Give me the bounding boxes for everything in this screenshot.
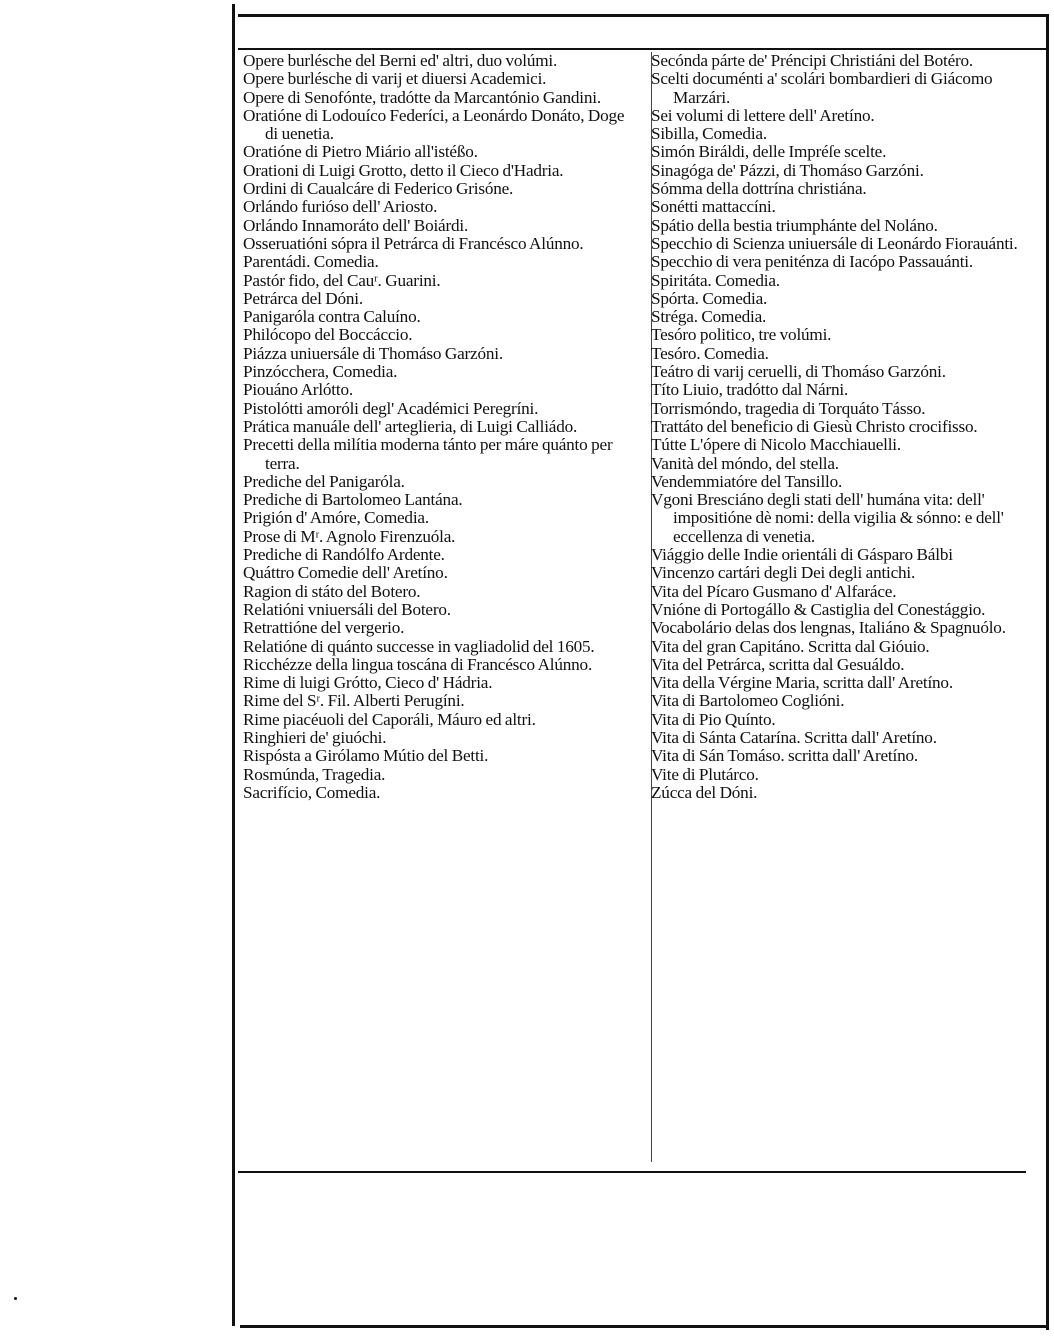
frame-bottom-border (240, 1325, 1048, 1328)
catalog-entry: Strégа. Comedia. (651, 308, 1046, 326)
catalog-entry: Prediche del Panigaróla. (243, 473, 638, 491)
catalog-entry: Retrattióne del vergerio. (243, 619, 638, 637)
catalog-entry: Vita di Bartolomeo Coglióni. (651, 692, 1046, 710)
catalog-entry: Quáttro Comedie dell' Aretíno. (243, 564, 638, 582)
catalog-entry: Ragion di státo del Botero. (243, 583, 638, 601)
catalog-entry: Sacrifício, Comedia. (243, 784, 638, 802)
catalog-entry: Piázza uniuersále di Thomáso Garzóni. (243, 345, 638, 363)
catalog-entry: Oratióne di Pietro Miário all'istéßo. (243, 143, 638, 161)
catalog-entry: Vocabolário delas dos lengnas, Italiáno … (651, 619, 1046, 637)
frame-top-border (238, 14, 1048, 17)
catalog-entry: Osseruatióni sópra il Petrárca di Francé… (243, 235, 638, 253)
catalog-entry: Opere burlésche di varij et diuersi Acad… (243, 70, 638, 88)
catalog-entry: Vite di Plutárco. (651, 766, 1046, 784)
catalog-entry: Orlándo furióso dell' Ariosto. (243, 198, 638, 216)
catalog-entry: Vita di Sán Tomáso. scritta dall' Aretín… (651, 747, 1046, 765)
catalog-entry: Vita del Petrárca, scritta dal Gesuáldo. (651, 656, 1046, 674)
catalog-entry: Sei volumi di lettere dell' Aretíno. (651, 107, 1046, 125)
catalog-entry: Vita di Pio Quínto. (651, 711, 1046, 729)
catalog-entry: Relatióne di quánto successe in vagliado… (243, 638, 638, 656)
catalog-entry: Rosmúnda, Tragedia. (243, 766, 638, 784)
header-rule (238, 48, 1046, 50)
catalog-entry: Sómma della dottrína christiána. (651, 180, 1046, 198)
catalog-entry: Vita della Vérgine Maria, scritta dall' … (651, 674, 1046, 692)
catalog-entry: Torrismóndo, tragedia di Torquáto Tásso. (651, 400, 1046, 418)
catalog-entry: Prediche di Bartolomeo Lantána. (243, 491, 638, 509)
catalog-entry: Scelti documénti a' scolári bombardieri … (651, 70, 1046, 107)
catalog-entry: Pastór fido, del Cauʳ. Guarini. (243, 272, 638, 290)
catalog-entry: Philócopo del Boccáccio. (243, 326, 638, 344)
catalog-entry: Prediche di Randólfo Ardente. (243, 546, 638, 564)
catalog-entry: Orlándo Innamoráto dell' Boiárdi. (243, 217, 638, 235)
catalog-entry: Vnióne di Portogállo & Castiglia del Con… (651, 601, 1046, 619)
catalog-entry: Prática manuále dell' arteglieria, di Lu… (243, 418, 638, 436)
catalog-entry: Sibilla, Comedia. (651, 125, 1046, 143)
catalog-entry: Zúcca del Dóni. (651, 784, 1046, 802)
catalog-entry: Spórta. Comedia. (651, 290, 1046, 308)
ink-speck (14, 1297, 17, 1300)
catalog-entry: Vanità del móndo, del stella. (651, 455, 1046, 473)
catalog-entry: Viággio delle Indie orientáli di Gásparo… (651, 546, 1046, 564)
catalog-entry: Precetti della milítia moderna tánto per… (243, 436, 638, 473)
catalog-entry: Relatióni vniuersáli del Botero. (243, 601, 638, 619)
frame-right-border (1046, 14, 1049, 1330)
footer-rule (238, 1171, 1026, 1173)
catalog-entry: Spiritáta. Comedia. (651, 272, 1046, 290)
frame-left-border (232, 4, 235, 1326)
catalog-entry: Rime di luigi Grótto, Cieco d' Hádria. (243, 674, 638, 692)
catalog-entry: Secónda párte de' Préncipi Christiáni de… (651, 52, 1046, 70)
catalog-entry: Teátro di varij ceruelli, di Thomáso Gar… (651, 363, 1046, 381)
catalog-entry: Vita del gran Capitáno. Scritta dal Gióu… (651, 638, 1046, 656)
catalog-entry: Rispósta a Girólamo Mútio del Betti. (243, 747, 638, 765)
catalog-entry: Prose di Mʳ. Agnolo Firenzuóla. (243, 528, 638, 546)
catalog-entry: Sinagóga de' Pázzi, di Thomáso Garzóni. (651, 162, 1046, 180)
catalog-entry: Tesóro. Comedia. (651, 345, 1046, 363)
catalog-entry: Piouáno Arlótto. (243, 381, 638, 399)
catalog-entry: Simón Biráldi, delle Impréſe scelte. (651, 143, 1046, 161)
catalog-entry: Specchio di Scienza uniuersále di Leonár… (651, 235, 1046, 253)
catalog-entry: Sonétti mattaccíni. (651, 198, 1046, 216)
catalog-entry: Opere di Senofónte, tradótte da Marcantó… (243, 89, 638, 107)
catalog-entry: Trattáto del beneficio di Giesù Christo … (651, 418, 1046, 436)
catalog-entry: Rime del Sʳ. Fil. Alberti Perugíni. (243, 692, 638, 710)
catalog-entry: Specchio di vera peniténza di Iacópo Pas… (651, 253, 1046, 271)
catalog-entry: Tútte L'ópere di Nicolo Macchiauelli. (651, 436, 1046, 454)
catalog-entry: Vita di Sánta Catarína. Scritta dall' Ar… (651, 729, 1046, 747)
catalog-entry: Orationi di Luigi Grotto, detto il Cieco… (243, 162, 638, 180)
right-column-catalog: Secónda párte de' Préncipi Christiáni de… (651, 52, 1046, 802)
catalog-entry: Vita del Pícaro Gusmano d' Alfaráce. (651, 583, 1046, 601)
catalog-entry: Pistolótti amoróli degl' Académici Pereg… (243, 400, 638, 418)
catalog-entry: Tesóro politico, tre volúmi. (651, 326, 1046, 344)
catalog-entry: Parentádi. Comedia. (243, 253, 638, 271)
catalog-entry: Panigaróla contra Caluíno. (243, 308, 638, 326)
catalog-entry: Vendemmiatóre del Tansillo. (651, 473, 1046, 491)
catalog-entry: Oratióne di Lodouíco Federíci, a Leonárd… (243, 107, 638, 144)
left-column-catalog: Opere burlésche del Berni ed' altri, duo… (243, 52, 638, 802)
catalog-entry: Opere burlésche del Berni ed' altri, duo… (243, 52, 638, 70)
catalog-entry: Títo Liuio, tradótto dal Nárni. (651, 381, 1046, 399)
catalog-entry: Ricchézze della lingua toscána di Francé… (243, 656, 638, 674)
catalog-entry: Rime piacéuoli del Caporáli, Máuro ed al… (243, 711, 638, 729)
catalog-entry: Ordini di Caualcáre di Federico Grisóne. (243, 180, 638, 198)
catalog-entry: Vincenzo cartári degli Dei degli antichi… (651, 564, 1046, 582)
catalog-entry: Vgoni Bresciáno degli stati dell' humána… (651, 491, 1046, 546)
catalog-entry: Prigión d' Amóre, Comedia. (243, 509, 638, 527)
catalog-entry: Spátio della bestia triumphánte del Nolá… (651, 217, 1046, 235)
catalog-entry: Petrárca del Dóni. (243, 290, 638, 308)
catalog-entry: Pinzócchera, Comedia. (243, 363, 638, 381)
catalog-entry: Ringhieri de' giuóchi. (243, 729, 638, 747)
